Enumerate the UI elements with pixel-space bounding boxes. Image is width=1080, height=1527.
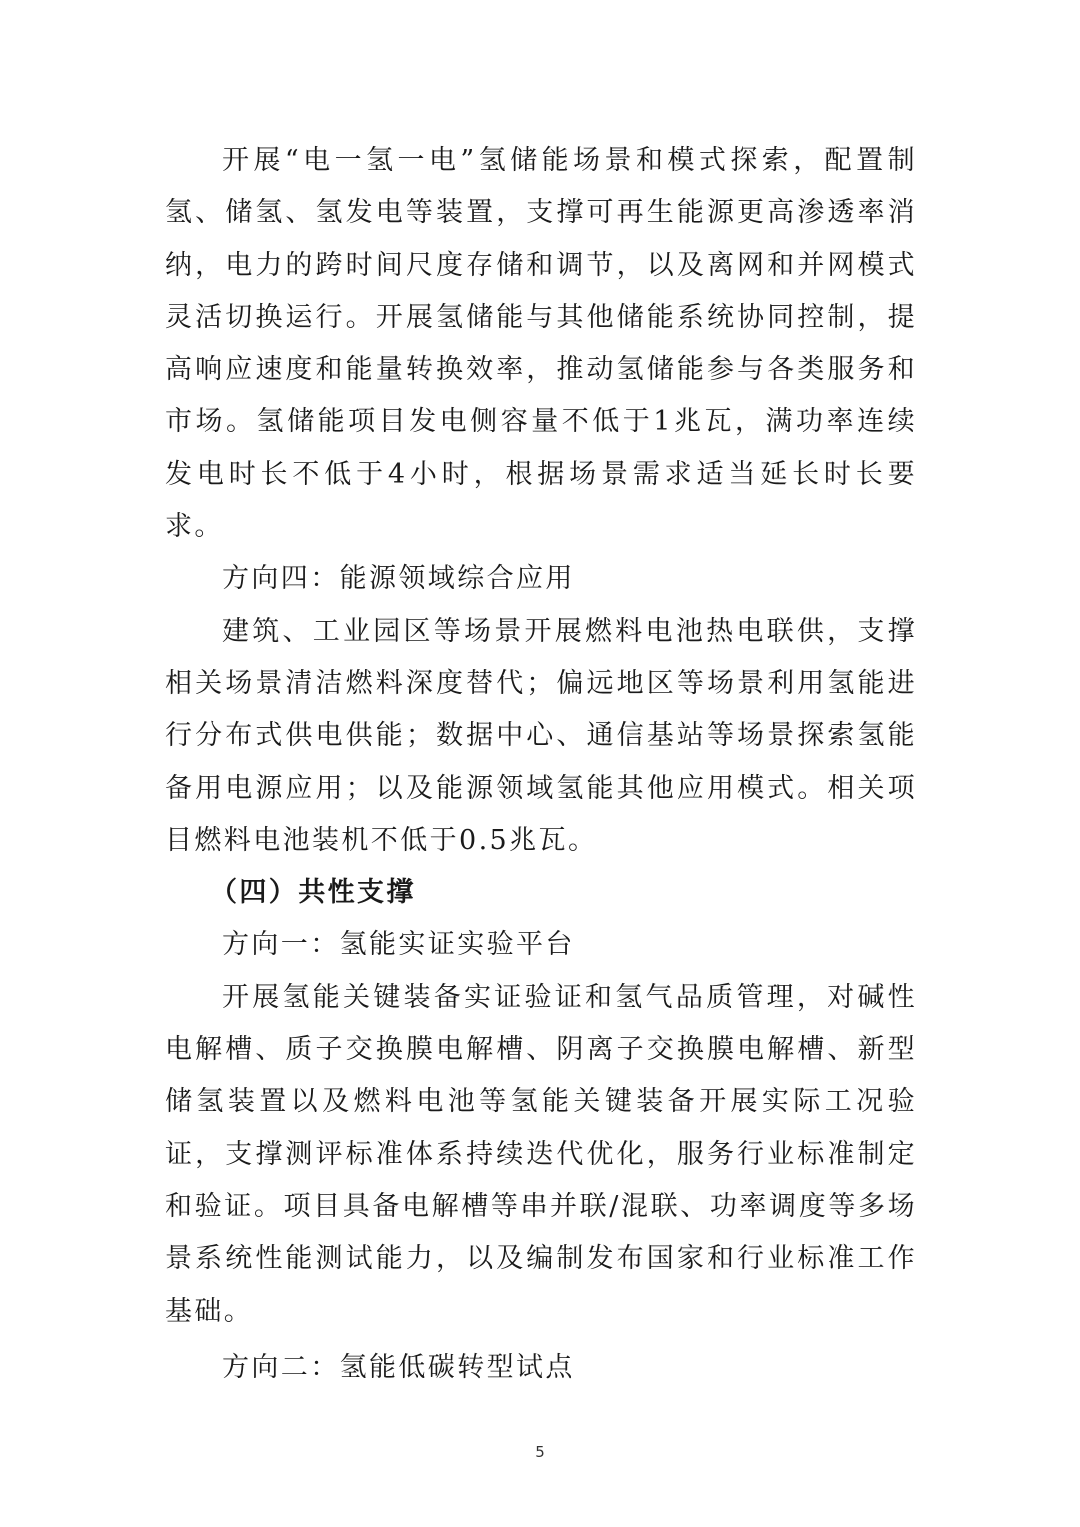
paragraph-demonstration-platform: 开展氢能关键装备实证验证和氢气品质管理，对碱性电解槽、质子交换膜电解槽、阴离子交… bbox=[165, 972, 917, 1338]
document-page-body: 开展“电一氢一电”氢储能场景和模式探索，配置制氢、储氢、氢发电等装置，支撑可再生… bbox=[165, 135, 917, 1394]
paragraph-hydrogen-storage: 开展“电一氢一电”氢储能场景和模式探索，配置制氢、储氢、氢发电等装置，支撑可再生… bbox=[165, 135, 917, 553]
heading-direction-four: 方向四：能源领域综合应用 bbox=[165, 553, 917, 605]
section-heading-common-support: （四）共性支撑 bbox=[165, 867, 917, 919]
paragraph-energy-applications: 建筑、工业园区等场景开展燃料电池热电联供，支撑相关场景清洁燃料深度替代；偏远地区… bbox=[165, 606, 917, 867]
heading-direction-one: 方向一：氢能实证实验平台 bbox=[165, 919, 917, 971]
page-number: 5 bbox=[0, 1443, 1080, 1461]
heading-direction-two: 方向二：氢能低碳转型试点 bbox=[165, 1342, 917, 1394]
